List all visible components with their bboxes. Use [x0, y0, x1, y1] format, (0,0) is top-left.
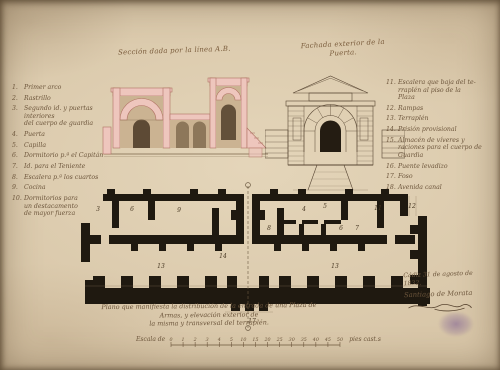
svg-text:15: 15 [253, 337, 259, 343]
section-stairs [247, 128, 266, 157]
svg-text:13: 13 [331, 263, 339, 270]
svg-text:30: 30 [289, 337, 295, 343]
drawing-sheet: Sección dada por la línea A.B. Fachada e… [0, 0, 500, 370]
niche-left [293, 118, 301, 140]
svg-text:4: 4 [301, 206, 306, 213]
scale-bar: Escala de 012345101520253035404550 pies … [136, 336, 381, 349]
scale-prefix: Escala de [136, 336, 165, 343]
legend-item: 2.Rastrillo [12, 95, 120, 103]
legend-item: 6.Dormitorio p.ª el Capitán [12, 152, 120, 160]
svg-text:1: 1 [182, 337, 185, 343]
elevation-drawing [265, 70, 405, 192]
legend-item: 13.Terraplén [386, 115, 498, 123]
svg-text:12: 12 [408, 203, 416, 210]
section-drawing [100, 70, 270, 165]
svg-text:40: 40 [312, 337, 319, 343]
gate-body [288, 105, 373, 166]
legend-item: 4.Puerta [12, 131, 120, 139]
svg-text:9: 9 [177, 207, 181, 214]
legend-item: 5.Capilla [12, 142, 120, 150]
legend-item: 11.Escalera que baja del te- rraplén al … [386, 79, 498, 102]
legend-item: 1.Primer arco [12, 84, 120, 92]
niche-right [360, 118, 368, 140]
doorway-opening [320, 121, 341, 153]
svg-text:20: 20 [264, 337, 271, 343]
svg-text:35: 35 [301, 337, 307, 343]
legend-item: 3.Segundo id. y puertas interiores del c… [12, 105, 120, 128]
legend-item: 14.Prisión provisional [386, 126, 498, 134]
svg-text:6: 6 [130, 206, 134, 213]
svg-text:4: 4 [217, 337, 221, 343]
legend-right: 11.Escalera que baja del te- rraplén al … [386, 79, 498, 195]
plan-caption: Plano que manifiesta la distribución de … [93, 301, 325, 329]
section-title: Sección dada por la línea A.B. [118, 43, 268, 56]
ink-stamp [438, 311, 474, 337]
scale-ruler: 012345101520253035404550 [168, 336, 346, 349]
svg-text:5: 5 [230, 337, 233, 343]
svg-text:5: 5 [323, 203, 327, 210]
legend-item: 7.Id. para el Teniente [12, 163, 120, 171]
svg-text:11: 11 [374, 205, 382, 212]
gate-pediment [286, 76, 375, 106]
svg-text:25: 25 [276, 337, 283, 343]
svg-text:13: 13 [157, 263, 165, 270]
svg-text:50: 50 [337, 337, 343, 343]
legend-item: 15.Almacén de víveres y raciones para el… [386, 137, 498, 160]
section-shapes [103, 78, 268, 157]
elevation-title: Fachada exterior de la Puerta. [283, 37, 404, 61]
svg-text:0: 0 [170, 337, 173, 343]
section-middle-arcade [170, 114, 210, 148]
svg-text:3: 3 [96, 206, 100, 213]
date-line2: 1832. [404, 278, 474, 289]
svg-text:45: 45 [324, 337, 331, 343]
svg-text:7: 7 [355, 225, 359, 232]
legend-item: 16.Puente levadizo [386, 163, 498, 171]
svg-text:2: 2 [193, 337, 197, 343]
svg-text:8: 8 [267, 225, 271, 232]
gate-facade [265, 76, 405, 190]
svg-text:3: 3 [206, 337, 209, 343]
svg-text:14: 14 [219, 253, 227, 260]
colophon: Cádiz 31 de agosto de 1832. Santiago de … [403, 270, 475, 317]
svg-text:10: 10 [241, 337, 247, 343]
legend-item: 12.Rampas [386, 105, 498, 113]
curtain-wall-left [265, 130, 288, 158]
section-left-vault [111, 88, 172, 148]
section-right-block [208, 78, 249, 148]
svg-text:6: 6 [339, 225, 343, 232]
scale-suffix: pies cast.s [349, 336, 381, 343]
